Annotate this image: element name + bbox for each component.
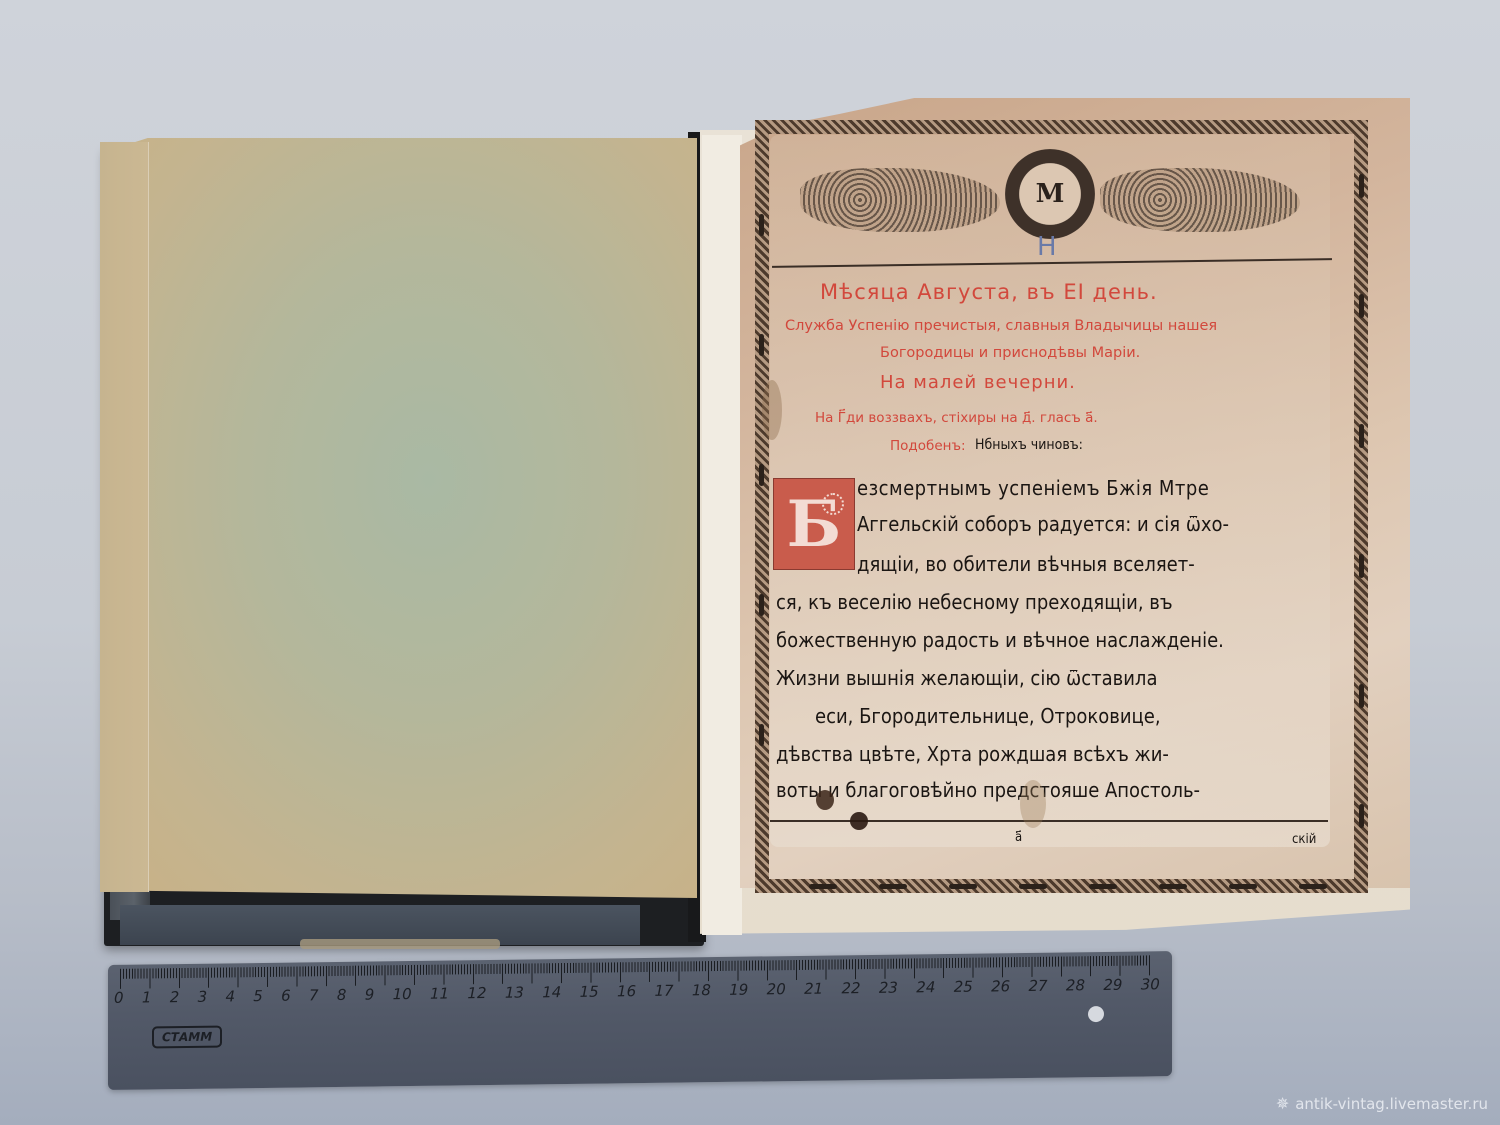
monogram-medallion: М xyxy=(1005,149,1095,239)
ruler-number: 18 xyxy=(692,981,711,999)
ruler-number: 2 xyxy=(170,988,180,1006)
border-dash xyxy=(1359,294,1364,318)
left-endpaper xyxy=(100,138,697,898)
border-dash xyxy=(1359,804,1364,828)
border-dash xyxy=(809,884,837,889)
rubric-line: Богородицы и приснодѣвы Маріи. xyxy=(880,345,1140,361)
ruler-number: 5 xyxy=(253,987,263,1005)
ruler-number: 27 xyxy=(1029,977,1048,995)
border-dash xyxy=(1019,884,1047,889)
body-line: Аггельскій соборъ радуется: и сія ѿхо- xyxy=(857,512,1229,536)
ruler-number: 17 xyxy=(654,982,673,1000)
signature-mark: а҃ xyxy=(1015,830,1022,845)
ruler-brand-logo: СТАММ xyxy=(152,1026,222,1049)
rubric-title: Мѣсяца Августа, въ ЕІ день. xyxy=(820,280,1158,304)
ruler-number: 10 xyxy=(393,985,412,1003)
ruler-number: 7 xyxy=(309,986,319,1004)
pencil-mark: Н xyxy=(1037,232,1057,262)
ruler-number: 11 xyxy=(430,985,449,1003)
ruler-number: 13 xyxy=(505,984,524,1002)
border-dash xyxy=(759,214,764,236)
book-cover-bottom-edge xyxy=(120,905,640,945)
ruler-number: 3 xyxy=(198,988,208,1006)
border-dash xyxy=(759,724,764,746)
border-dash xyxy=(949,884,977,889)
ink-stain xyxy=(816,790,834,810)
border-dash xyxy=(759,334,764,356)
ruler-number: 25 xyxy=(954,978,973,996)
flower-ornament-icon xyxy=(822,493,844,515)
border-dash xyxy=(1359,554,1364,578)
ink-stain xyxy=(850,812,868,830)
border-dash xyxy=(1359,424,1364,448)
body-line: Жизни вышнія желающіи, сію ѿставила xyxy=(776,666,1157,690)
monogram-letter: М xyxy=(1036,179,1065,209)
water-stain xyxy=(762,380,782,440)
left-endpaper-fold xyxy=(100,142,149,892)
border-dash xyxy=(759,464,764,486)
body-line: ся, къ веселію небесному преходящіи, въ xyxy=(776,590,1173,614)
ruler-number: 30 xyxy=(1141,975,1160,993)
foliage-ornament-right xyxy=(1100,168,1300,232)
ruler-number: 20 xyxy=(767,980,786,998)
watermark-text: antik-vintag.livemaster.ru xyxy=(1295,1095,1488,1113)
ruler-number: 29 xyxy=(1103,976,1122,994)
ruler-number: 23 xyxy=(879,979,898,997)
ruler-number: 19 xyxy=(729,981,748,999)
ruler-hang-hole xyxy=(1088,1006,1104,1022)
border-dash xyxy=(1299,884,1327,889)
ruler-number: 22 xyxy=(841,979,860,997)
snowflake-star-icon: ✵ xyxy=(1276,1094,1289,1113)
catchword: скій xyxy=(1292,832,1316,847)
ruler-number: 9 xyxy=(365,986,375,1004)
ruler-number: 24 xyxy=(916,978,935,996)
border-dash xyxy=(1159,884,1187,889)
ruler-number: 14 xyxy=(542,983,561,1001)
right-page-margin xyxy=(702,135,742,935)
water-stain xyxy=(1020,780,1046,828)
ruler-number: 0 xyxy=(114,989,124,1007)
ruler-number: 26 xyxy=(991,977,1010,995)
body-line: дящіи, во обители вѣчныя вселяет- xyxy=(857,552,1195,576)
podoben-label: Подобенъ: xyxy=(890,438,966,454)
ruler-number: 12 xyxy=(467,984,486,1002)
body-line: езсмертнымъ успеніемъ Бжія Мтре xyxy=(857,476,1209,500)
ruler-number: 21 xyxy=(804,980,823,998)
border-dash xyxy=(1359,174,1364,198)
rubric-line: Служба Успенію пречистыя, славныя Владыч… xyxy=(785,318,1217,334)
ruler-number: 15 xyxy=(580,983,599,1001)
ruler-number: 4 xyxy=(225,987,235,1005)
frayed-edge xyxy=(300,939,500,949)
rubric-line: На Г҃ди воззвахъ, стіхиры на д҃. гласъ а… xyxy=(815,410,1098,426)
ruler-number: 6 xyxy=(281,987,291,1005)
ruler-number: 8 xyxy=(337,986,347,1004)
ruler-number: 16 xyxy=(617,982,636,1000)
border-dash xyxy=(1089,884,1117,889)
body-line: дѣвства цвѣте, Хрта рождшая всѣхъ жи- xyxy=(776,742,1169,766)
foliage-ornament-left xyxy=(800,168,1000,232)
border-dash xyxy=(1359,684,1364,708)
ruler: 0 1 2 3 4 5 6 7 8 9 10 11 12 13 14 15 16… xyxy=(108,951,1172,1090)
body-line: еси, Бгородительнице, Отроковице, xyxy=(815,704,1161,728)
body-line: воты и благоговѣйно предстояше Апостоль- xyxy=(776,778,1200,802)
body-line: божественную радость и вѣчное наслаждені… xyxy=(776,628,1224,652)
ruler-number: 1 xyxy=(142,988,152,1006)
ruler-number: 28 xyxy=(1066,976,1085,994)
border-dash xyxy=(1229,884,1257,889)
border-dash xyxy=(759,594,764,616)
podoben-text: Нбныхъ чиновъ: xyxy=(975,437,1083,453)
border-dash xyxy=(879,884,907,889)
rubric-subtitle: На малей вечерни. xyxy=(880,372,1076,393)
illuminated-initial: Б xyxy=(773,478,855,570)
watermark: ✵ antik-vintag.livemaster.ru xyxy=(1276,1094,1488,1113)
